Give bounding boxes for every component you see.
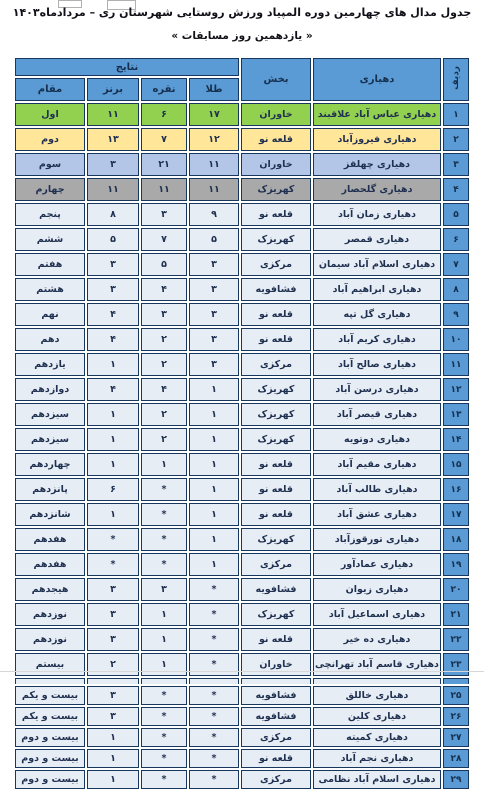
table-row: ۵ دهیاری زمان آباد قلعه نو ۹ ۳ ۸ پنجم — [15, 203, 469, 226]
rank-cell: ۲۱ — [443, 603, 469, 626]
gold-cell: * — [189, 770, 239, 789]
place-cell: نوزدهم — [15, 628, 85, 651]
place-cell: هفدهم — [15, 553, 85, 576]
place-cell: نوزدهم — [15, 603, 85, 626]
place-cell: چهارم — [15, 178, 85, 201]
bronze-cell: ۱ — [87, 749, 139, 768]
table-row: ۲۱ دهیاری اسماعیل آباد کهریزک * ۱ ۳ نوزد… — [15, 603, 469, 626]
bronze-cell: ۱ — [87, 503, 139, 526]
place-cell: هفدهم — [15, 528, 85, 551]
village-cell: دهیاری صالح آباد — [313, 353, 441, 376]
gold-cell: ۱ — [189, 528, 239, 551]
rank-cell: ۱۱ — [443, 353, 469, 376]
header-silver: نقره — [141, 78, 187, 101]
rank-cell: ۲۷ — [443, 728, 469, 747]
bronze-cell: ۳ — [87, 686, 139, 705]
header-rank-label: ردیف — [452, 66, 461, 90]
silver-cell: ۱ — [141, 628, 187, 651]
silver-cell: ۱۱ — [141, 178, 187, 201]
bronze-cell: ۱۱ — [87, 178, 139, 201]
silver-cell: ۴ — [141, 278, 187, 301]
bronze-cell: ۵ — [87, 228, 139, 251]
bronze-cell: ۳ — [87, 603, 139, 626]
table-row: ۷ دهیاری اسلام آباد سیمان مرکزی ۳ ۵ ۳ هف… — [15, 253, 469, 276]
district-cell: فشافویه — [241, 686, 311, 705]
district-cell: قلعه نو — [241, 303, 311, 326]
rank-cell: ۲۹ — [443, 770, 469, 789]
table-row: ۲۶ دهیاری کلین فشافویه * * ۳ بیست و یکم — [15, 707, 469, 726]
village-cell: دهیاری زیوان — [313, 578, 441, 601]
gold-cell: ۱ — [189, 378, 239, 401]
gold-cell: ۱ — [189, 503, 239, 526]
rank-cell: ۴ — [443, 178, 469, 201]
table-row: ۱۳ دهیاری قیصر آباد کهریزک ۱ ۲ ۱ سیزدهم — [15, 403, 469, 426]
district-cell: خاوران — [241, 653, 311, 676]
bronze-cell: ۳ — [87, 278, 139, 301]
village-cell: دهیاری گل تپه — [313, 303, 441, 326]
table-row: ۱۴ دهیاری دوتویه کهریزک ۱ ۲ ۱ سیزدهم — [15, 428, 469, 451]
bronze-cell: ۸ — [87, 203, 139, 226]
district-cell: فشافویه — [241, 578, 311, 601]
place-cell: شانزدهم — [15, 503, 85, 526]
village-cell: دهیاری قاسم آباد تهرانچی — [313, 653, 441, 676]
district-cell: خاوران — [241, 103, 311, 126]
place-cell: بیست و دوم — [15, 770, 85, 789]
rank-cell: ۲۰ — [443, 578, 469, 601]
gold-cell: * — [189, 653, 239, 676]
rank-cell: ۱۸ — [443, 528, 469, 551]
district-cell: کهریزک — [241, 403, 311, 426]
district-cell: قلعه نو — [241, 628, 311, 651]
table-row: ۱۸ دهیاری تورقوزآباد کهریزک ۱ * * هفدهم — [15, 528, 469, 551]
bronze-cell: * — [87, 528, 139, 551]
bronze-cell: ۱۱ — [87, 103, 139, 126]
medals-table-main: ردیف دهیاری بخش نتایج طلا نقره برنز مقام… — [13, 56, 471, 703]
table-row: ۱۱ دهیاری صالح آباد مرکزی ۳ ۲ ۱ یازدهم — [15, 353, 469, 376]
bronze-cell: ۲ — [87, 653, 139, 676]
village-cell: دهیاری ابراهیم آباد — [313, 278, 441, 301]
gold-cell: * — [189, 686, 239, 705]
district-cell: قلعه نو — [241, 328, 311, 351]
gold-cell: ۳ — [189, 353, 239, 376]
header-district: بخش — [241, 58, 311, 101]
place-cell: بیست و دوم — [15, 749, 85, 768]
medals-table-continued: ۲۵ دهیاری خاللق فشافویه * * ۳ بیست و یکم… — [13, 684, 471, 791]
rank-cell: ۱۰ — [443, 328, 469, 351]
table-row: ۱۹ دهیاری عمادآور مرکزی ۱ * * هفدهم — [15, 553, 469, 576]
bronze-cell: ۳ — [87, 578, 139, 601]
silver-cell: ۲ — [141, 328, 187, 351]
village-cell: دهیاری اسلام آباد سیمان — [313, 253, 441, 276]
gold-cell: ۱۱ — [189, 178, 239, 201]
rank-cell: ۶ — [443, 228, 469, 251]
gold-cell: ۱۷ — [189, 103, 239, 126]
gold-cell: ۱ — [189, 478, 239, 501]
table-row: ۱ دهیاری عباس آباد علاقبند خاوران ۱۷ ۶ ۱… — [15, 103, 469, 126]
district-cell: مرکزی — [241, 253, 311, 276]
district-cell: قلعه نو — [241, 453, 311, 476]
silver-cell: * — [141, 503, 187, 526]
table-row: ۳ دهیاری چهلقز خاوران ۱۱ ۲۱ ۳ سوم — [15, 153, 469, 176]
place-cell: پنجم — [15, 203, 85, 226]
header-gold: طلا — [189, 78, 239, 101]
district-cell: قلعه نو — [241, 203, 311, 226]
place-cell: چهاردهم — [15, 453, 85, 476]
village-cell: دهیاری اسلام آباد نظامی — [313, 770, 441, 789]
gold-cell: * — [189, 603, 239, 626]
gold-cell: * — [189, 578, 239, 601]
rank-cell: ۱۴ — [443, 428, 469, 451]
rank-cell: ۱۲ — [443, 378, 469, 401]
district-cell: قلعه نو — [241, 503, 311, 526]
gold-cell: ۱۱ — [189, 153, 239, 176]
bronze-cell: ۶ — [87, 478, 139, 501]
district-cell: کهریزک — [241, 228, 311, 251]
table-row: ۲۸ دهیاری نجم آباد قلعه نو * * ۱ بیست و … — [15, 749, 469, 768]
village-cell: دهیاری قمصر — [313, 228, 441, 251]
table-row: ۱۵ دهیاری مقیم آباد قلعه نو ۱ ۱ ۱ چهارده… — [15, 453, 469, 476]
village-cell: دهیاری قیصر آباد — [313, 403, 441, 426]
place-cell: بیست و یکم — [15, 707, 85, 726]
silver-cell: * — [141, 770, 187, 789]
silver-cell: ۱ — [141, 653, 187, 676]
rank-cell: ۲۳ — [443, 653, 469, 676]
silver-cell: ۳ — [141, 303, 187, 326]
silver-cell: * — [141, 528, 187, 551]
gold-cell: ۱ — [189, 403, 239, 426]
table-row: ۱۶ دهیاری طالب آباد قلعه نو ۱ * ۶ پانزده… — [15, 478, 469, 501]
bronze-cell: ۱ — [87, 453, 139, 476]
document-page: جدول مدال های چهارمین دوره المپیاد ورزش … — [0, 0, 484, 800]
gold-cell: ۱ — [189, 453, 239, 476]
village-cell: دهیاری نجم آباد — [313, 749, 441, 768]
table-row: ۲۳ دهیاری قاسم آباد تهرانچی خاوران * ۱ ۲… — [15, 653, 469, 676]
table-row: ۲۵ دهیاری خاللق فشافویه * * ۳ بیست و یکم — [15, 686, 469, 705]
page-subtitle: « یازدهمین روز مسابقات » — [0, 30, 484, 42]
place-cell: یازدهم — [15, 353, 85, 376]
district-cell: کهریزک — [241, 528, 311, 551]
header-rank: ردیف — [443, 58, 469, 101]
village-cell: دهیاری چهلقز — [313, 153, 441, 176]
village-cell: دهیاری زمان آباد — [313, 203, 441, 226]
place-cell: اول — [15, 103, 85, 126]
silver-cell: ۱ — [141, 453, 187, 476]
rank-cell: ۹ — [443, 303, 469, 326]
bronze-cell: ۱ — [87, 770, 139, 789]
rank-cell: ۳ — [443, 153, 469, 176]
rank-cell: ۵ — [443, 203, 469, 226]
district-cell: قلعه نو — [241, 478, 311, 501]
place-cell: سوم — [15, 153, 85, 176]
silver-cell: ۷ — [141, 128, 187, 151]
table-row: ۲ دهیاری فیروزآباد قلعه نو ۱۲ ۷ ۱۳ دوم — [15, 128, 469, 151]
village-cell: دهیاری طالب آباد — [313, 478, 441, 501]
village-cell: دهیاری کریم آباد — [313, 328, 441, 351]
place-cell: هفتم — [15, 253, 85, 276]
header-bronze: برنز — [87, 78, 139, 101]
place-cell: بیستم — [15, 653, 85, 676]
table-row: ۱۷ دهیاری عشق آباد قلعه نو ۱ * ۱ شانزدهم — [15, 503, 469, 526]
village-cell: دهیاری تورقوزآباد — [313, 528, 441, 551]
village-cell: دهیاری درسن آباد — [313, 378, 441, 401]
bronze-cell: ۳ — [87, 253, 139, 276]
district-cell: مرکزی — [241, 353, 311, 376]
rank-cell: ۱۶ — [443, 478, 469, 501]
gold-cell: ۹ — [189, 203, 239, 226]
place-cell: نهم — [15, 303, 85, 326]
silver-cell: ۴ — [141, 378, 187, 401]
district-cell: مرکزی — [241, 770, 311, 789]
table-row: ۲۹ دهیاری اسلام آباد نظامی مرکزی * * ۱ ب… — [15, 770, 469, 789]
bronze-cell: ۴ — [87, 378, 139, 401]
silver-cell: * — [141, 553, 187, 576]
village-cell: دهیاری ده خیر — [313, 628, 441, 651]
silver-cell: ۱ — [141, 603, 187, 626]
village-cell: دهیاری عباس آباد علاقبند — [313, 103, 441, 126]
gold-cell: ۳ — [189, 278, 239, 301]
district-cell: کهریزک — [241, 178, 311, 201]
district-cell: قلعه نو — [241, 749, 311, 768]
rank-cell: ۸ — [443, 278, 469, 301]
table-row: ۲۷ دهیاری کمیته مرکزی * * ۱ بیست و دوم — [15, 728, 469, 747]
gold-cell: ۵ — [189, 228, 239, 251]
silver-cell: ۷ — [141, 228, 187, 251]
bronze-cell: ۱۳ — [87, 128, 139, 151]
district-cell: فشافویه — [241, 278, 311, 301]
rank-cell: ۱۳ — [443, 403, 469, 426]
table-row: ۱۲ دهیاری درسن آباد کهریزک ۱ ۴ ۴ دوازدهم — [15, 378, 469, 401]
rank-cell: ۱۵ — [443, 453, 469, 476]
bronze-cell: * — [87, 553, 139, 576]
place-cell: ششم — [15, 228, 85, 251]
rank-cell: ۱۹ — [443, 553, 469, 576]
village-cell: دهیاری عمادآور — [313, 553, 441, 576]
gold-cell: ۱ — [189, 553, 239, 576]
rank-cell: ۲۵ — [443, 686, 469, 705]
header-place: مقام — [15, 78, 85, 101]
village-cell: دهیاری فیروزآباد — [313, 128, 441, 151]
rank-cell: ۲۲ — [443, 628, 469, 651]
village-cell: دهیاری کمیته — [313, 728, 441, 747]
gold-cell: ۳ — [189, 253, 239, 276]
header-village: دهیاری — [313, 58, 441, 101]
gold-cell: * — [189, 749, 239, 768]
table-row: ۲۰ دهیاری زیوان فشافویه * ۳ ۳ هیجدهم — [15, 578, 469, 601]
bronze-cell: ۳ — [87, 628, 139, 651]
district-cell: خاوران — [241, 153, 311, 176]
table-row: ۶ دهیاری قمصر کهریزک ۵ ۷ ۵ ششم — [15, 228, 469, 251]
village-cell: دهیاری اسماعیل آباد — [313, 603, 441, 626]
district-cell: کهریزک — [241, 378, 311, 401]
rank-cell: ۱ — [443, 103, 469, 126]
place-cell: سیزدهم — [15, 428, 85, 451]
silver-cell: * — [141, 686, 187, 705]
silver-cell: ۶ — [141, 103, 187, 126]
bronze-cell: ۴ — [87, 328, 139, 351]
silver-cell: * — [141, 478, 187, 501]
village-cell: دهیاری عشق آباد — [313, 503, 441, 526]
place-cell: دوازدهم — [15, 378, 85, 401]
place-cell: سیزدهم — [15, 403, 85, 426]
gold-cell: ۳ — [189, 303, 239, 326]
place-cell: هیجدهم — [15, 578, 85, 601]
silver-cell: * — [141, 728, 187, 747]
gold-cell: ۳ — [189, 328, 239, 351]
district-cell: کهریزک — [241, 428, 311, 451]
silver-cell: ۲ — [141, 403, 187, 426]
bronze-cell: ۳ — [87, 153, 139, 176]
district-cell: مرکزی — [241, 728, 311, 747]
gold-cell: * — [189, 628, 239, 651]
gold-cell: * — [189, 728, 239, 747]
silver-cell: ۲ — [141, 353, 187, 376]
bronze-cell: ۳ — [87, 707, 139, 726]
silver-cell: ۳ — [141, 203, 187, 226]
district-cell: فشافویه — [241, 707, 311, 726]
rank-cell: ۷ — [443, 253, 469, 276]
table-row: ۲۲ دهیاری ده خیر قلعه نو * ۱ ۳ نوزدهم — [15, 628, 469, 651]
place-cell: پانزدهم — [15, 478, 85, 501]
silver-cell: ۵ — [141, 253, 187, 276]
silver-cell: * — [141, 749, 187, 768]
page-title: جدول مدال های چهارمین دوره المپیاد ورزش … — [0, 6, 484, 19]
silver-cell: ۳ — [141, 578, 187, 601]
bronze-cell: ۱ — [87, 428, 139, 451]
gold-cell: * — [189, 707, 239, 726]
place-cell: بیست و یکم — [15, 686, 85, 705]
table-row: ۴ دهیاری گلحصار کهریزک ۱۱ ۱۱ ۱۱ چهارم — [15, 178, 469, 201]
gold-cell: ۱ — [189, 428, 239, 451]
village-cell: دهیاری کلین — [313, 707, 441, 726]
village-cell: دهیاری دوتویه — [313, 428, 441, 451]
place-cell: دهم — [15, 328, 85, 351]
village-cell: دهیاری خاللق — [313, 686, 441, 705]
rank-cell: ۱۷ — [443, 503, 469, 526]
silver-cell: ۲۱ — [141, 153, 187, 176]
table-row: ۸ دهیاری ابراهیم آباد فشافویه ۳ ۴ ۳ هشتم — [15, 278, 469, 301]
bronze-cell: ۱ — [87, 403, 139, 426]
village-cell: دهیاری گلحصار — [313, 178, 441, 201]
page-break-line — [0, 671, 484, 672]
place-cell: بیست و دوم — [15, 728, 85, 747]
village-cell: دهیاری مقیم آباد — [313, 453, 441, 476]
silver-cell: ۲ — [141, 428, 187, 451]
district-cell: مرکزی — [241, 553, 311, 576]
rank-cell: ۲ — [443, 128, 469, 151]
rank-cell: ۲۸ — [443, 749, 469, 768]
bronze-cell: ۱ — [87, 728, 139, 747]
rank-cell: ۲۶ — [443, 707, 469, 726]
silver-cell: * — [141, 707, 187, 726]
district-cell: کهریزک — [241, 603, 311, 626]
bronze-cell: ۴ — [87, 303, 139, 326]
header-results: نتایج — [15, 58, 239, 76]
table-row: ۹ دهیاری گل تپه قلعه نو ۳ ۳ ۴ نهم — [15, 303, 469, 326]
place-cell: هشتم — [15, 278, 85, 301]
place-cell: دوم — [15, 128, 85, 151]
district-cell: قلعه نو — [241, 128, 311, 151]
bronze-cell: ۱ — [87, 353, 139, 376]
gold-cell: ۱۲ — [189, 128, 239, 151]
table-row: ۱۰ دهیاری کریم آباد قلعه نو ۳ ۲ ۴ دهم — [15, 328, 469, 351]
